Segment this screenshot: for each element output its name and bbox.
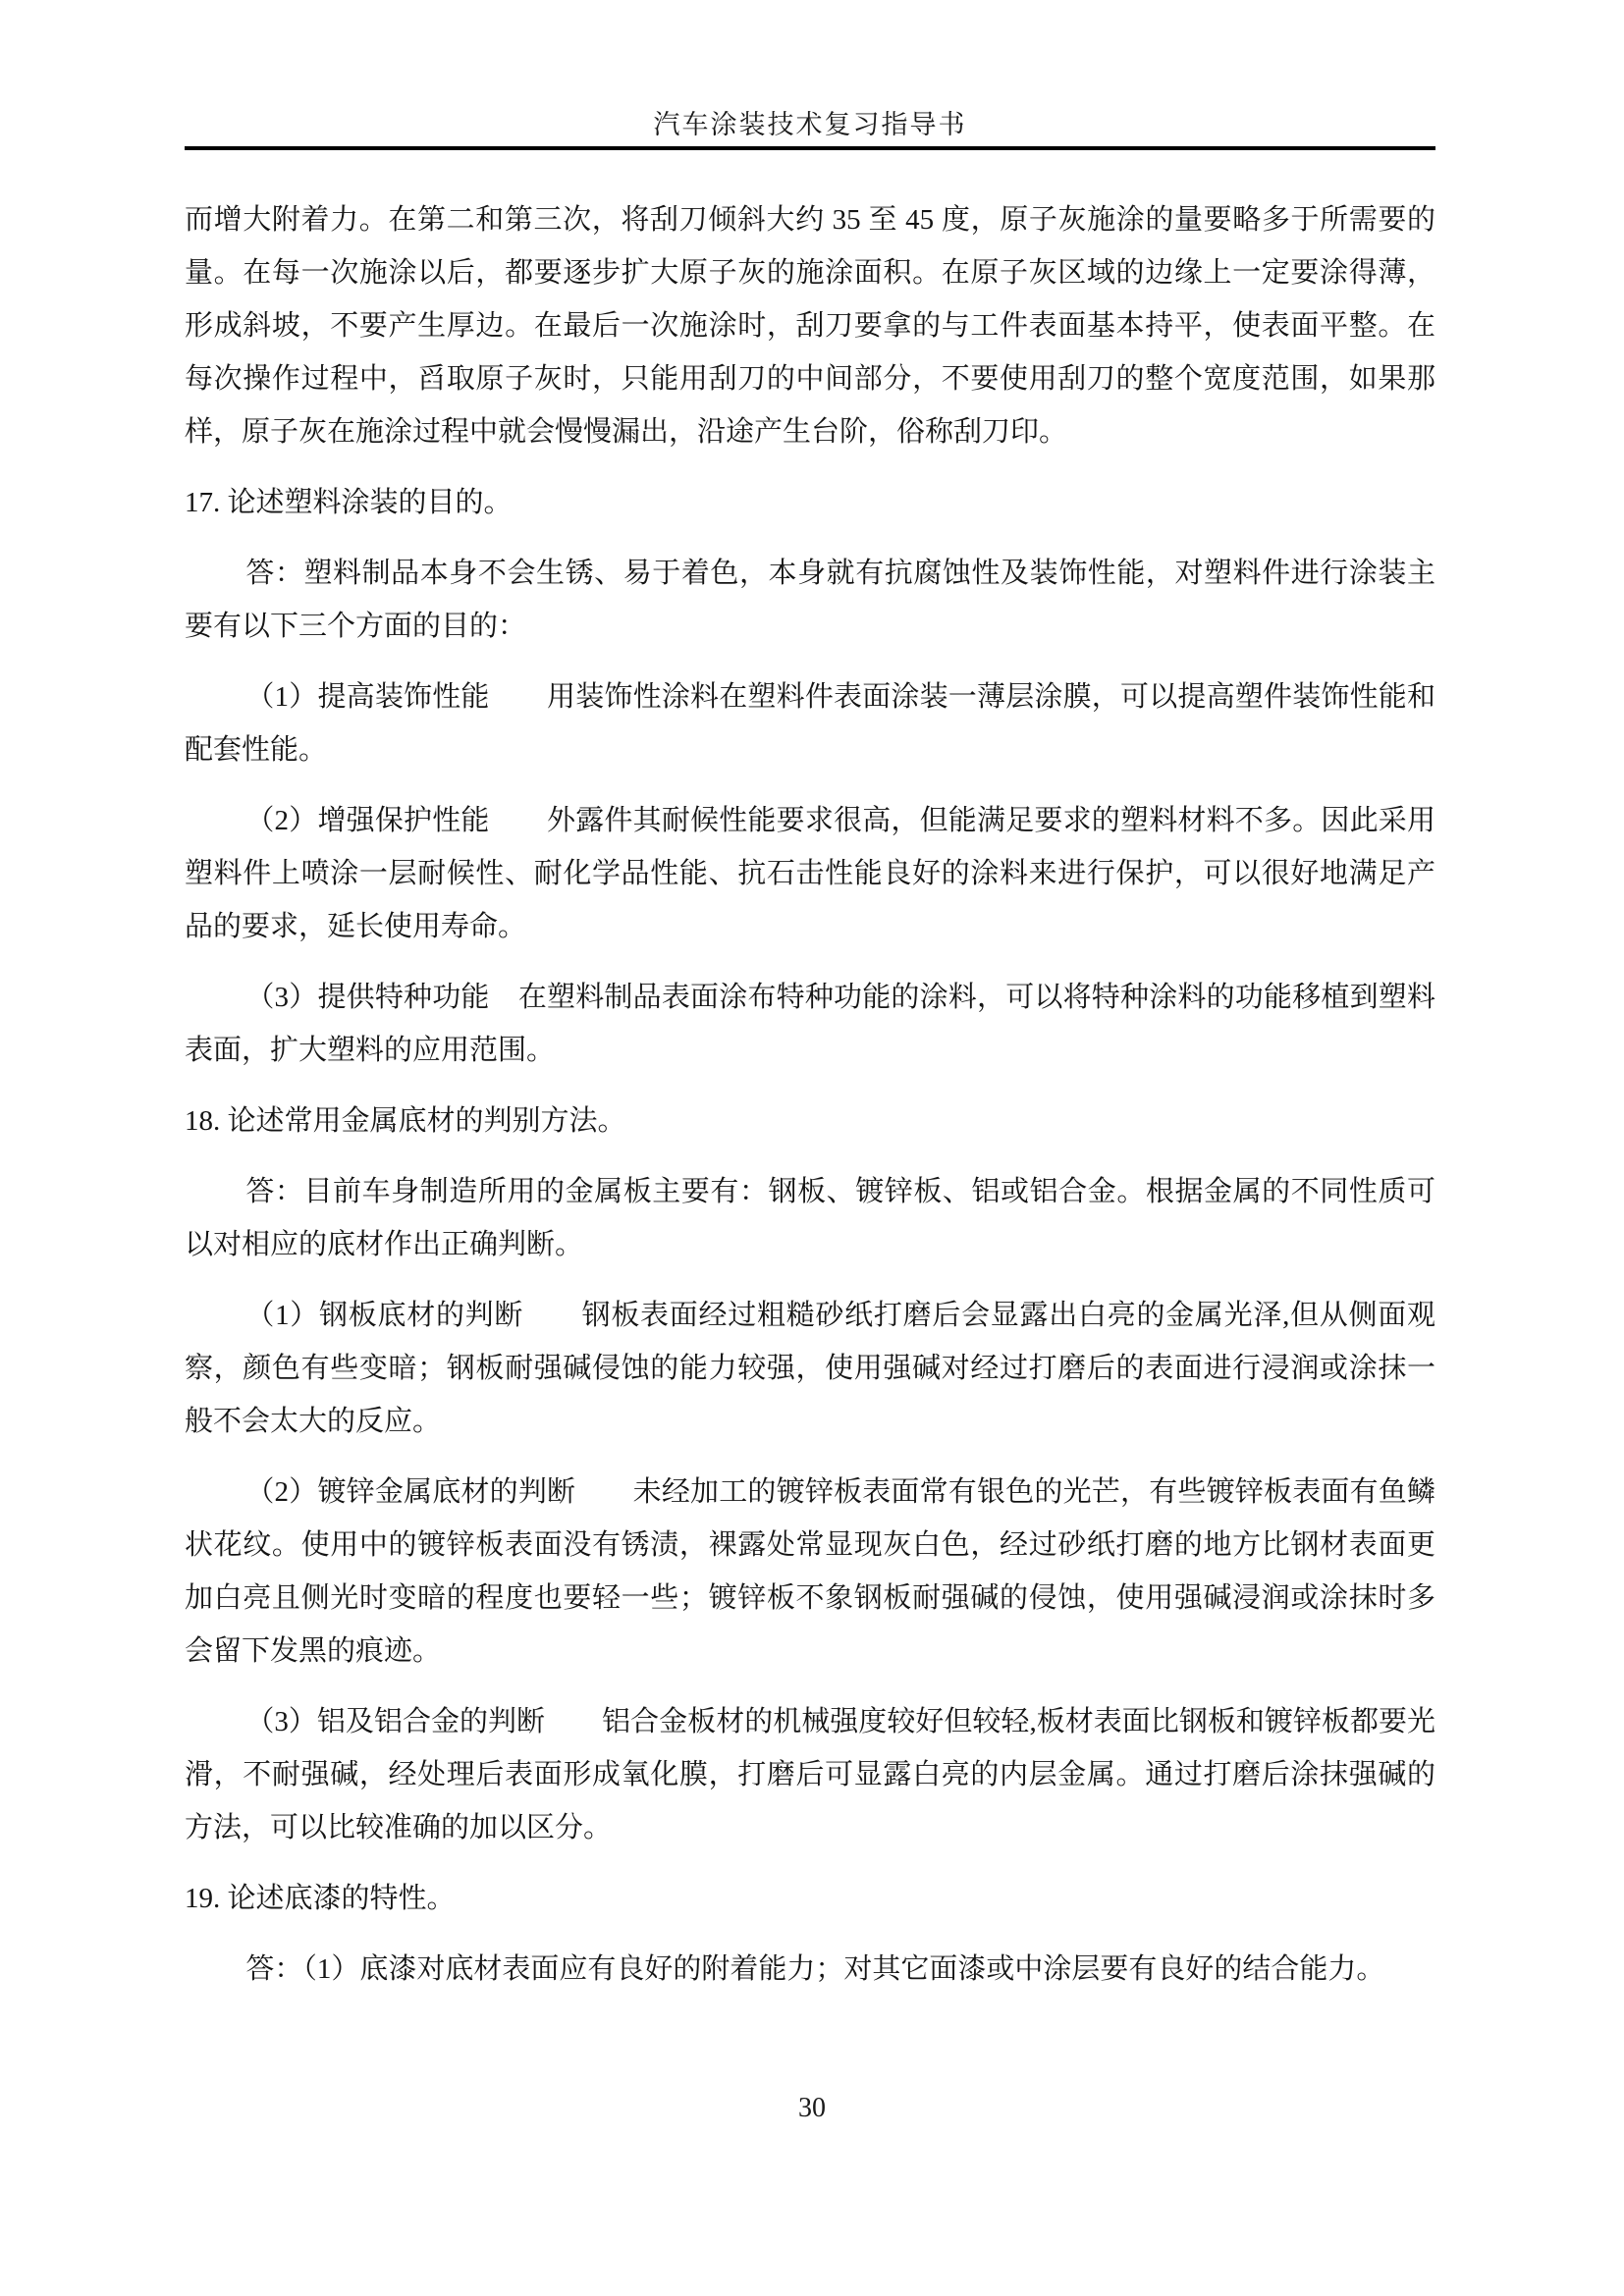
- document-body: 而增大附着力。在第二和第三次，将刮刀倾斜大约 35 至 45 度，原子灰施涂的量…: [185, 150, 1435, 1996]
- paragraph: （3）铝及铝合金的判断 铝合金板材的机械强度较好但较轻,板材表面比钢板和镀锌板都…: [185, 1695, 1435, 1854]
- page-header: 汽车涂装技术复习指导书: [185, 0, 1435, 150]
- document-page: 汽车涂装技术复习指导书 而增大附着力。在第二和第三次，将刮刀倾斜大约 35 至 …: [0, 0, 1624, 2296]
- paragraph: 答：塑料制品本身不会生锈、易于着色，本身就有抗腐蚀性及装饰性能，对塑料件进行涂装…: [185, 547, 1435, 653]
- paragraph: 而增大附着力。在第二和第三次，将刮刀倾斜大约 35 至 45 度，原子灰施涂的量…: [185, 193, 1435, 458]
- paragraph: （3）提供特种功能 在塑料制品表面涂布特种功能的涂料，可以将特种涂料的功能移植到…: [185, 971, 1435, 1077]
- paragraph: 答：目前车身制造所用的金属板主要有：钢板、镀锌板、铝或铝合金。根据金属的不同性质…: [185, 1165, 1435, 1271]
- paragraph: （1）钢板底材的判断 钢板表面经过粗糙砂纸打磨后会显露出白亮的金属光泽,但从侧面…: [185, 1289, 1435, 1448]
- paragraph: （2）镀锌金属底材的判断 未经加工的镀锌板表面常有银色的光芒，有些镀锌板表面有鱼…: [185, 1466, 1435, 1678]
- paragraph: （1）提高装饰性能 用装饰性涂料在塑料件表面涂装一薄层涂膜，可以提高塑件装饰性能…: [185, 670, 1435, 776]
- paragraph: （2）增强保护性能 外露件其耐候性能要求很高，但能满足要求的塑料材料不多。因此采…: [185, 794, 1435, 953]
- page-number: 30: [798, 2093, 826, 2123]
- question-paragraph: 19. 论述底漆的特性。: [185, 1872, 1435, 1925]
- header-title: 汽车涂装技术复习指导书: [185, 108, 1435, 141]
- question-paragraph: 17. 论述塑料涂装的目的。: [185, 476, 1435, 529]
- paragraph: 答：（1）底漆对底材表面应有良好的附着能力；对其它面漆或中涂层要有良好的结合能力…: [185, 1943, 1435, 1996]
- page-footer: 30: [0, 2093, 1624, 2124]
- question-paragraph: 18. 论述常用金属底材的判别方法。: [185, 1095, 1435, 1148]
